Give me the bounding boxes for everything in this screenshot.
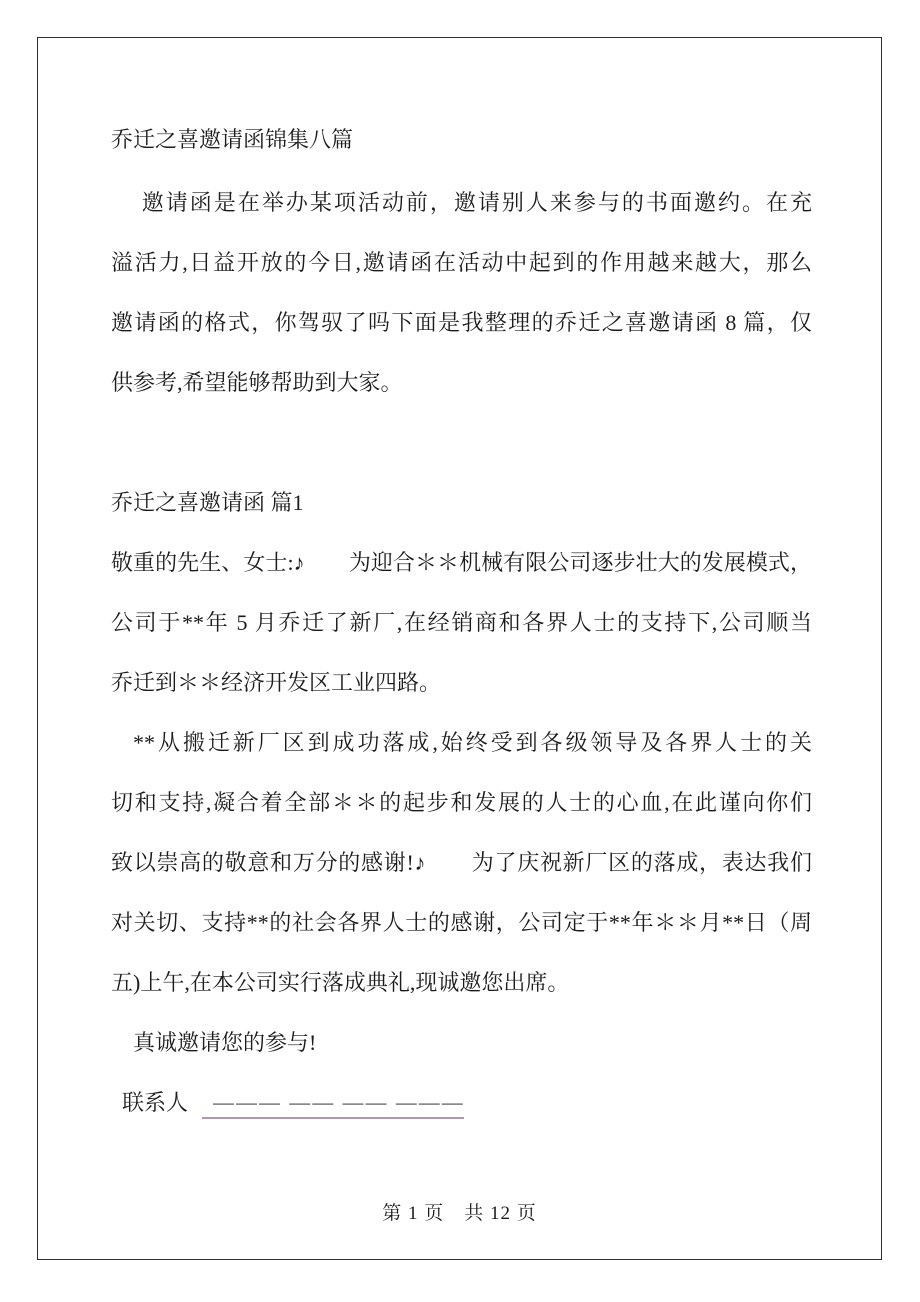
- text-line: 溢活力,日益开放的今日,邀请函在活动中起到的作用越来越大，那么: [111, 233, 812, 293]
- section-heading: 乔迁之喜邀请函 篇1: [111, 473, 812, 533]
- document-content: 乔迁之喜邀请函锦集八篇 邀请函是在举办某项活动前，邀请别人来参与的书面邀约。在充…: [38, 38, 881, 1133]
- text-line: 真诚邀请您的参与!: [111, 1013, 812, 1073]
- contact-line: 联系人＿＿＿ ＿＿ ＿＿ ＿＿＿: [111, 1073, 812, 1133]
- text-line: 五)上午,在本公司实行落成典礼,现诚邀您出席。: [111, 953, 812, 1013]
- text-line: 乔迁到＊＊经济开发区工业四路。: [111, 653, 812, 713]
- text-line: 切和支持,凝合着全部＊＊的起步和发展的人士的心血,在此谨向你们: [111, 773, 812, 833]
- document-title: 乔迁之喜邀请函锦集八篇: [111, 110, 812, 170]
- text-line: 对关切、支持**的社会各界人士的感谢，公司定于**年＊＊月**日（周: [111, 893, 812, 953]
- document-page: 乔迁之喜邀请函锦集八篇 邀请函是在举办某项活动前，邀请别人来参与的书面邀约。在充…: [37, 37, 882, 1260]
- text-line: 致以崇高的敬意和万分的感谢!♪ 为了庆祝新厂区的落成，表达我们: [111, 833, 812, 893]
- intro-paragraph: 邀请函是在举办某项活动前，邀请别人来参与的书面邀约。在充溢活力,日益开放的今日,…: [111, 173, 812, 413]
- text-line: 敬重的先生、女士:♪ 为迎合＊＊机械有限公司逐步壮大的发展模式，: [111, 533, 812, 593]
- text-line: **从搬迁新厂区到成功落成,始终受到各级领导及各界人士的关: [111, 713, 812, 773]
- page-indicator: 第 1 页 共 12 页: [382, 1203, 537, 1224]
- text-line: 公司于**年 5 月乔迁了新厂,在经销商和各界人士的支持下,公司顺当: [111, 593, 812, 653]
- contact-blank-underline: ＿＿＿ ＿＿ ＿＿ ＿＿＿: [202, 1073, 464, 1119]
- text-line: 邀请函的格式，你驾驭了吗下面是我整理的乔迁之喜邀请函 8 篇，仅: [111, 293, 812, 353]
- contact-label: 联系人: [122, 1090, 188, 1115]
- section-body: 敬重的先生、女士:♪ 为迎合＊＊机械有限公司逐步壮大的发展模式，公司于**年 5…: [111, 533, 812, 1073]
- page-footer: 第 1 页 共 12 页: [38, 1198, 881, 1225]
- text-line: 供参考,希望能够帮助到大家。: [111, 353, 812, 413]
- text-line: 邀请函是在举办某项活动前，邀请别人来参与的书面邀约。在充: [111, 173, 812, 233]
